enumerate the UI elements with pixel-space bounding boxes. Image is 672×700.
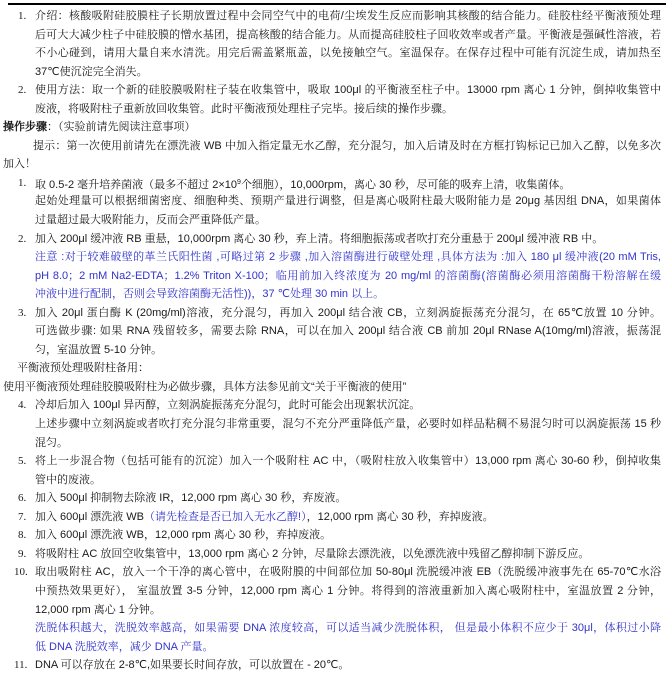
text-segment: 使用平衡液预处理硅胶膜吸附柱为必做步骤，具体方法参见前文“关于平衡液的使用” bbox=[3, 381, 406, 393]
text-segment: 加入！ bbox=[3, 158, 36, 170]
doc-line: 不小心碰到，请用大量自来水清洗。用完后需盖紧瓶盖，以免接触空气。室温保存。在保存… bbox=[0, 44, 661, 63]
list-number: 2. bbox=[18, 81, 26, 100]
document-content: 1.介绍：核酸吸附硅胶膜柱子长期放置过程中会同空气中的电荷/尘埃发生反应而影响其… bbox=[0, 7, 661, 675]
text-segment: 上述步骤中立刻涡旋或者吹打充分混匀非常重要，混匀不充分严重降低产量，必要时如样品… bbox=[35, 418, 661, 430]
doc-line: 洗脱体积越大，洗脱效率越高，如果需要 DNA 浓度较高，可以适当减少洗脱体积， … bbox=[0, 619, 661, 638]
doc-line: 37℃使沉淀完全消失。 bbox=[0, 63, 661, 82]
list-number: 9. bbox=[18, 545, 26, 564]
doc-line: 9.将吸附柱 AC 放回空收集管中，13,000 rpm 离心 2 分钟，尽量除… bbox=[0, 545, 661, 564]
text-segment: 中预热效果更好）， 室温放置 3-5 分钟，12,000 rpm 离心 1 分钟… bbox=[35, 585, 661, 597]
doc-line: 8.加入 600μl 漂洗液 WB，12,000 rpm 离心 30 秒，弃掉废… bbox=[0, 526, 661, 545]
text-segment: 平衡液预处理吸附柱备用： bbox=[17, 362, 149, 374]
text-segment: 管中的废液。 bbox=[35, 474, 101, 486]
document-page: 1.介绍：核酸吸附硅胶膜柱子长期放置过程中会同空气中的电荷/尘埃发生反应而影响其… bbox=[0, 0, 672, 700]
doc-line: 4.冷却后加入 100μl 异丙醇，立刻涡旋振荡充分混匀，此时可能会出现絮状沉淀… bbox=[0, 396, 661, 415]
list-number: 2. bbox=[18, 230, 26, 249]
text-segment: 废液，将吸附柱子重新放回收集管。此时平衡液预处理柱子完毕。接后续的操作步骤。 bbox=[35, 103, 453, 115]
list-number: 4. bbox=[18, 396, 26, 415]
doc-line: 混匀。 bbox=[0, 434, 661, 453]
text-segment: 使用方法：取一个新的硅胶膜吸附柱子装在收集管中，吸取 100μl 的平衡液至柱子… bbox=[35, 84, 661, 96]
doc-line: 6.加入 500μl 抑制物去除液 IR，12,000 rpm 离心 30 秒，… bbox=[0, 489, 661, 508]
text-segment: 不小心碰到，请用大量自来水清洗。用完后需盖紧瓶盖，以免接触空气。室温保存。在保存… bbox=[35, 47, 661, 59]
text-segment: 起始处理量可以根据细菌密度、细胞种类、预期产量进行调整，但是离心吸附柱最大吸附能… bbox=[35, 195, 661, 207]
list-number: 7. bbox=[18, 508, 26, 527]
text-segment: ，12,000 rpm 离心 30 秒，弃掉废液。 bbox=[307, 511, 494, 523]
text-segment: 注意 :对于较难破壁的革兰氏阳性菌 ,可略过第 2 步骤 ,加入溶菌酶进行破壁处… bbox=[35, 251, 661, 263]
text-segment: ：（实验前请先阅读注意事项） bbox=[47, 121, 196, 133]
doc-line: 操作步骤：（实验前请先阅读注意事项） bbox=[0, 118, 661, 137]
text-segment: 过量超过最大吸附能力，反而会严重降低产量。 bbox=[35, 214, 266, 226]
doc-line: 过量超过最大吸附能力，反而会严重降低产量。 bbox=[0, 211, 661, 230]
list-number: 5. bbox=[18, 452, 26, 471]
doc-line: 10.取出吸附柱 AC，放入一个干净的离心管中，在吸附膜的中间部位加 50-80… bbox=[0, 563, 661, 582]
doc-line: 管中的废液。 bbox=[0, 471, 661, 490]
text-segment: 低 DNA 洗脱效率，减少 DNA 产量。 bbox=[35, 641, 213, 653]
doc-line: 1.取 0.5-2 毫升培养菌液（最多不超过 2×109个细胞），10,000r… bbox=[0, 174, 661, 193]
text-segment: 冲液中进行配制，否则会导致溶菌酶无活性))，37 ℃处理 30 min 以上。 bbox=[35, 288, 384, 300]
doc-line: 使用平衡液预处理硅胶膜吸附柱为必做步骤，具体方法参见前文“关于平衡液的使用” bbox=[0, 378, 661, 397]
doc-line: 起始处理量可以根据细菌密度、细胞种类、预期产量进行调整，但是离心吸附柱最大吸附能… bbox=[0, 192, 661, 211]
doc-line: 1.介绍：核酸吸附硅胶膜柱子长期放置过程中会同空气中的电荷/尘埃发生反应而影响其… bbox=[0, 7, 661, 26]
doc-line: 匀，室温放置 5-10 分钟。 bbox=[0, 341, 661, 360]
list-number: 8. bbox=[18, 526, 26, 545]
doc-line: 11.DNA 可以存放在 2-8℃,如果要长时间存放，可以放置在 - 20℃。 bbox=[0, 656, 661, 675]
list-number: 1. bbox=[18, 7, 26, 26]
list-number: 11. bbox=[14, 656, 27, 675]
list-number: 6. bbox=[18, 489, 26, 508]
text-segment: 洗脱体积越大，洗脱效率越高，如果需要 DNA 浓度较高，可以适当减少洗脱体积， … bbox=[35, 622, 661, 634]
doc-line: 可选做步骤: 如果 RNA 残留较多，需要去除 RNA，可以在加入 200μl … bbox=[0, 322, 661, 341]
text-segment: 加入 200μl 缓冲液 RB 重悬，10,000rpm 离心 30 秒，弃上清… bbox=[35, 233, 603, 245]
doc-line: 上述步骤中立刻涡旋或者吹打充分混匀非常重要，混匀不充分严重降低产量，必要时如样品… bbox=[0, 415, 661, 434]
text-segment: 匀，室温放置 5-10 分钟。 bbox=[35, 344, 162, 356]
list-number: 3. bbox=[18, 304, 26, 323]
text-segment: 冷却后加入 100μl 异丙醇，立刻涡旋振荡充分混匀，此时可能会出现絮状沉淀。 bbox=[35, 399, 420, 411]
text-segment: 个细胞），10,000rpm，离心 30 秒，尽可能的吸弃上清，收集菌体。 bbox=[241, 179, 570, 191]
doc-line: 平衡液预处理吸附柱备用： bbox=[0, 359, 661, 378]
text-segment: 将吸附柱 AC 放回空收集管中，13,000 rpm 离心 2 分钟，尽量除去漂… bbox=[35, 548, 589, 560]
doc-line: pH 8.0；2 mM Na2-EDTA；1.2% Triton X-100；临… bbox=[0, 267, 661, 286]
text-segment: 加入 20μl 蛋白酶 K (20mg/ml)溶液，充分混匀，再加入 200μl… bbox=[35, 307, 661, 319]
doc-line: 冲液中进行配制，否则会导致溶菌酶无活性))，37 ℃处理 30 min 以上。 bbox=[0, 285, 661, 304]
text-segment: 混匀。 bbox=[35, 437, 68, 449]
text-segment: 操作步骤 bbox=[3, 121, 47, 133]
doc-line: 2.加入 200μl 缓冲液 RB 重悬，10,000rpm 离心 30 秒，弃… bbox=[0, 230, 661, 249]
text-segment: pH 8.0；2 mM Na2-EDTA；1.2% Triton X-100；临… bbox=[35, 270, 661, 282]
text-segment: 提示：第一次使用前请先在漂洗液 WB 中加入指定量无水乙醇，充分混匀，加入后请及… bbox=[33, 140, 661, 152]
top-divider-line bbox=[8, 3, 666, 5]
doc-line: 提示：第一次使用前请先在漂洗液 WB 中加入指定量无水乙醇，充分混匀，加入后请及… bbox=[0, 137, 661, 156]
text-segment: 取 0.5-2 毫升培养菌液（最多不超过 2×10 bbox=[35, 179, 237, 191]
list-number: 10. bbox=[14, 563, 28, 582]
text-segment: 加入 500μl 抑制物去除液 IR，12,000 rpm 离心 30 秒，弃废… bbox=[35, 492, 346, 504]
text-segment: 将上一步混合物（包括可能有的沉淀）加入一个吸附柱 AC 中，（吸附柱放入收集管中… bbox=[35, 455, 661, 467]
doc-line: 低 DNA 洗脱效率，减少 DNA 产量。 bbox=[0, 638, 661, 657]
text-segment: （请先检查是否已加入无水乙醇!） bbox=[144, 511, 307, 523]
doc-line: 中预热效果更好）， 室温放置 3-5 分钟，12,000 rpm 离心 1 分钟… bbox=[0, 582, 661, 601]
text-segment: DNA 可以存放在 2-8℃,如果要长时间存放，可以放置在 - 20℃。 bbox=[35, 659, 349, 671]
text-segment: 加入 600μl 漂洗液 WB bbox=[35, 511, 144, 523]
doc-line: 加入！ bbox=[0, 155, 661, 174]
text-segment: 可选做步骤: 如果 RNA 残留较多，需要去除 RNA，可以在加入 200μl … bbox=[35, 325, 661, 337]
text-segment: 37℃使沉淀完全消失。 bbox=[35, 66, 148, 78]
text-segment: 后可大大减少柱子中硅胶膜的憎水基团，提高核酸的结合能力。从而提高硅胶柱子回收效率… bbox=[35, 29, 661, 41]
text-segment: 介绍：核酸吸附硅胶膜柱子长期放置过程中会同空气中的电荷/尘埃发生反应而影响其核酸… bbox=[35, 10, 661, 22]
text-segment: 加入 600μl 漂洗液 WB，12,000 rpm 离心 30 秒，弃掉废液。 bbox=[35, 529, 331, 541]
doc-line: 后可大大减少柱子中硅胶膜的憎水基团，提高核酸的结合能力。从而提高硅胶柱子回收效率… bbox=[0, 26, 661, 45]
doc-line: 12,000 rpm 离心 1 分钟。 bbox=[0, 601, 661, 620]
doc-line: 5.将上一步混合物（包括可能有的沉淀）加入一个吸附柱 AC 中，（吸附柱放入收集… bbox=[0, 452, 661, 471]
list-number: 1. bbox=[18, 174, 26, 193]
text-segment: 12,000 rpm 离心 1 分钟。 bbox=[35, 604, 161, 616]
text-segment: 取出吸附柱 AC，放入一个干净的离心管中，在吸附膜的中间部位加 50-80μl … bbox=[35, 566, 661, 578]
doc-line: 2.使用方法：取一个新的硅胶膜吸附柱子装在收集管中，吸取 100μl 的平衡液至… bbox=[0, 81, 661, 100]
doc-line: 废液，将吸附柱子重新放回收集管。此时平衡液预处理柱子完毕。接后续的操作步骤。 bbox=[0, 100, 661, 119]
doc-line: 7.加入 600μl 漂洗液 WB（请先检查是否已加入无水乙醇!），12,000… bbox=[0, 508, 661, 527]
doc-line: 注意 :对于较难破壁的革兰氏阳性菌 ,可略过第 2 步骤 ,加入溶菌酶进行破壁处… bbox=[0, 248, 661, 267]
doc-line: 3.加入 20μl 蛋白酶 K (20mg/ml)溶液，充分混匀，再加入 200… bbox=[0, 304, 661, 323]
